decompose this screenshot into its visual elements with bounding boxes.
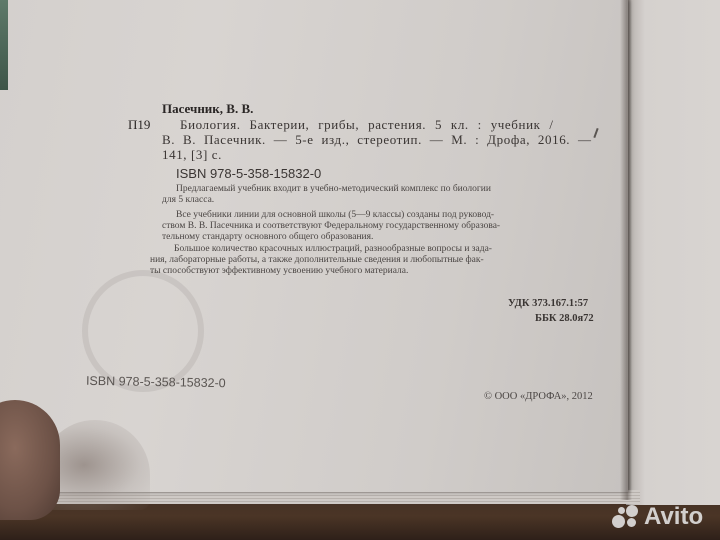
catalog-code: П19 [128,118,150,131]
annotation-line: ты способствуют эффективному усвоению уч… [150,267,408,277]
annotation-line: Предлагаемый учебник входит в учебно-мет… [176,185,491,195]
photo-scene: Пасечник, В. В. П19 Биология. Бактерии, … [0,0,720,540]
next-page [626,0,720,505]
finger [0,400,60,520]
bibliographic-line: 141, [3] с. [162,148,222,161]
annotation-line: Все учебники линии для основной школы (5… [176,211,494,221]
slash-mark [593,128,598,138]
watermark-brand: Avito [644,503,703,531]
bibliographic-line: Биология. Бактерии, грибы, растения. 5 к… [180,118,554,131]
isbn-main: ISBN 978-5-358-15832-0 [176,167,321,180]
avito-dots-icon [612,505,640,529]
avito-watermark: Avito [612,503,703,531]
annotation-line: для 5 класса. [162,196,214,206]
book-page: Пасечник, В. В. П19 Биология. Бактерии, … [0,0,628,492]
annotation-line: тельному стандарту основного общего обра… [162,233,373,243]
bbk-code: ББК 28.0я72 [535,314,594,325]
isbn-bottom: ISBN 978-5-358-15832-0 [86,375,226,390]
copyright-notice: © ООО «ДРОФА», 2012 [484,392,593,403]
bibliographic-line: В. В. Пасечник. — 5-е изд., стереотип. —… [162,133,592,146]
annotation-line: ством В. В. Пасечника и соответствуют Фе… [162,222,500,232]
page-edge-shadow [620,0,632,500]
book-cover-edge [0,0,8,90]
annotation-line: Большое количество красочных иллюстраций… [174,245,492,255]
udk-code: УДК 373.167.1:57 [508,299,588,310]
annotation-line: ния, лабораторные работы, а также дополн… [150,256,484,266]
author-heading: Пасечник, В. В. [162,102,253,115]
